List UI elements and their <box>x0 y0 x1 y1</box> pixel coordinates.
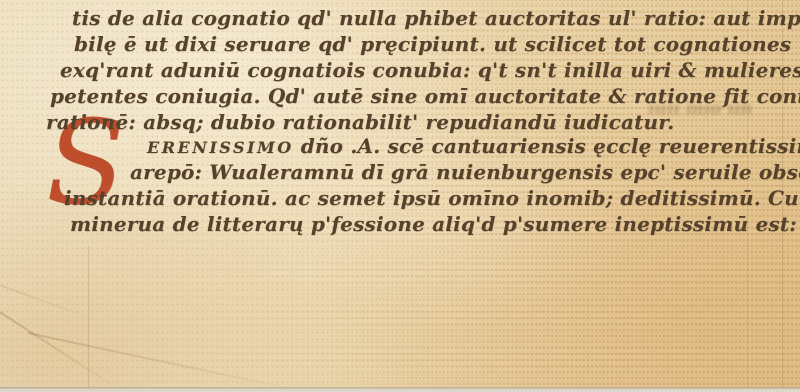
text-line-rest: dño .A. scē cantuariensis ęcclę reuerent… <box>301 134 800 158</box>
manuscript-page: ıuıı mıo ıın S tis de alia cognatio qd' … <box>0 0 800 392</box>
text-line: rationē: absq; dubio rationabilit' repud… <box>46 110 674 134</box>
parchment-crease <box>0 282 107 325</box>
text-line: arepō: Wualeramnū dī grā nuienburgensis … <box>130 160 800 184</box>
text-line: tis de alia cognatio qd' nulla phibet au… <box>72 6 800 30</box>
text-line: instantiā orationū. ac semet ipsū omīno … <box>64 186 800 210</box>
text-line: exq'rant aduniū cognatiois conubia: q't … <box>60 58 800 82</box>
rustic-capitals: ERENISSIMO <box>147 138 294 157</box>
text-line: bilę ē ut dixi seruare qd' pręcipiunt. u… <box>74 32 791 56</box>
text-line: minerua de litterarų p'fessione aliq'd p… <box>70 212 800 236</box>
page-bottom-edge <box>0 387 800 392</box>
text-line: petentes coniugia. Qd' autē sine omī auc… <box>50 84 800 108</box>
parchment-crease <box>28 332 332 392</box>
text-line: ERENISSIMOdño .A. scē cantuariensis ęccl… <box>147 134 800 160</box>
